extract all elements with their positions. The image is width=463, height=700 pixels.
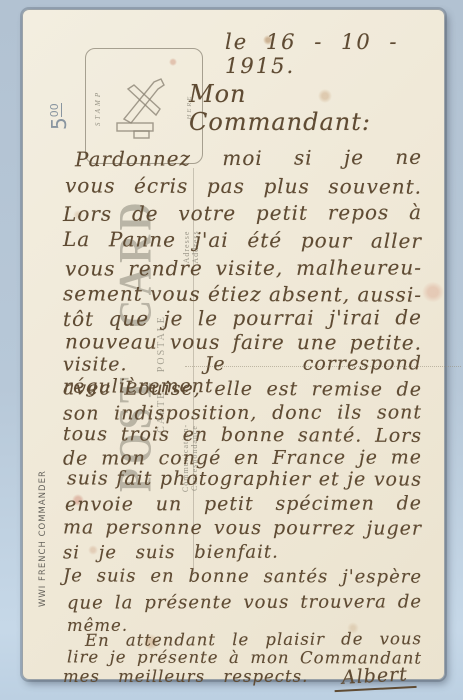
signature: Albert bbox=[334, 663, 417, 692]
letter-line: tôt que je le pourrai j'irai de bbox=[63, 305, 422, 331]
letter-line: vous rendre visite, malheureu- bbox=[65, 255, 422, 280]
letter-line: sement vous étiez absent, aussi- bbox=[63, 281, 422, 306]
letter-line: Pardonnez moi si je ne bbox=[75, 145, 422, 171]
letter-line: avec Louise, elle est remise de bbox=[63, 377, 422, 400]
letter-line: suis fait photographier et je vous bbox=[67, 467, 422, 490]
letter-line: son indisposition, donc ils sont bbox=[63, 401, 422, 424]
letter-line: mes meilleurs respects.Albert bbox=[63, 665, 416, 690]
price-mark: 500 bbox=[47, 68, 71, 130]
letter-line: La Panne j'ai été pour aller bbox=[63, 227, 422, 253]
letter-line: tous trois en bonne santé. Lors bbox=[63, 423, 422, 447]
letter-line: ma personne vous pourrez juger bbox=[63, 516, 422, 539]
letter-line: Lors de votre petit repos à bbox=[63, 200, 422, 226]
letter-line: Je suis en bonne santés j'espère bbox=[63, 565, 422, 587]
letter-line: nouveau vous faire une petite. bbox=[65, 329, 422, 354]
salutation: Mon Commandant: bbox=[189, 80, 444, 136]
dealer-caption: WWI FRENCH COMMANDER bbox=[38, 415, 48, 607]
date-line: le 16 - 10 - 1915. bbox=[225, 30, 444, 78]
letter-line: si je suis bienfait. bbox=[63, 542, 279, 564]
postcard: POST CARD CARTE POSTALE Adresse Address … bbox=[22, 9, 445, 680]
letter-line: que la présente vous trouvera de bbox=[67, 591, 422, 613]
stamp-left-label: STAMP bbox=[94, 77, 102, 139]
letter-line: vous écris pas plus souvent. bbox=[65, 173, 422, 198]
postcard-photo: POST CARD CARTE POSTALE Adresse Address … bbox=[0, 0, 463, 700]
stamp-emblem-icon bbox=[114, 69, 176, 143]
letter-line: de mon congé en France je me bbox=[63, 446, 422, 469]
letter-line: envoie un petit spécimen de bbox=[65, 492, 422, 515]
